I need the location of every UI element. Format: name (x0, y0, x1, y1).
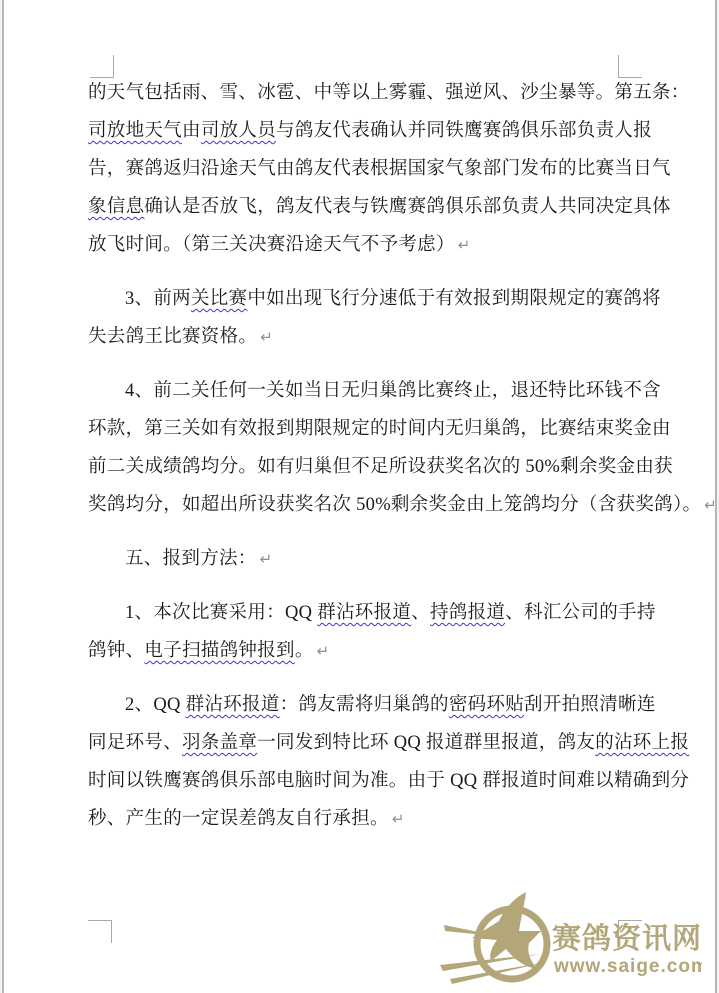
watermark-site-url: www.saige.com (553, 956, 702, 977)
text-run: 中如出现飞行分速低于有效报到期限规定的赛鸽将 (247, 289, 661, 309)
crop-mark-bottom-left (88, 920, 112, 943)
text-run: 五、报到方法： (125, 549, 257, 569)
text-line: 4、前二关任何一关如当日无归巢鸽比赛终止，退还特比环钱不含 (88, 372, 650, 410)
spellcheck-flagged-text: 司放地天气 (88, 121, 182, 141)
text-run: 2、QQ (125, 695, 186, 715)
paragraph-mark-icon: ↵ (704, 496, 717, 514)
spellcheck-flagged-text: 司放人员 (201, 121, 276, 141)
text-run: 秒、产生的一定误差鸽友自行承担。 (88, 809, 389, 829)
text-run: 、科汇公司的手持 (505, 603, 655, 623)
paragraph-mark-icon: ↵ (260, 550, 273, 568)
spellcheck-flagged-text: 的沾环上报 (595, 733, 689, 753)
text-run: 刮开拍照清晰连 (524, 695, 656, 715)
text-run: 、 (411, 603, 430, 623)
spellcheck-flagged-text: 关比赛 (191, 289, 247, 309)
text-run: 同足环号、 (88, 733, 182, 753)
paragraph-mark-icon: ↵ (317, 642, 330, 660)
spellcheck-flagged-text: 象信息 (88, 197, 144, 217)
text-run: 告，赛鸽返归沿途天气由鸽友代表根据国家气象部门发布的比赛当日气 (88, 159, 671, 179)
text-line: 秒、产生的一定误差鸽友自行承担。↵ (88, 800, 650, 838)
text-run: 4、前二关任何一关如当日无归巢鸽比赛终止，退还特比环钱不含 (125, 381, 661, 401)
text-line: 五、报到方法：↵ (88, 540, 650, 578)
spellcheck-flagged-text: 密码环贴 (449, 695, 524, 715)
text-line: 时间以铁鹰赛鸽俱乐部电脑时间为准。由于 QQ 群报道时间难以精确到分 (88, 762, 650, 800)
text-line: 鸽钟、电子扫描鸽钟报到。↵ (88, 632, 650, 670)
text-run: 环款，第三关如有效报到期限规定的时间内无归巢鸽，比赛结束奖金由 (88, 419, 671, 439)
paragraph-mark-icon: ↵ (260, 328, 273, 346)
text-run: 的天气包括雨、雪、冰雹、中等以上雾霾、强逆风、沙尘暴等。第五条： (88, 83, 690, 103)
paragraph-mark-icon: ↵ (458, 236, 471, 254)
spellcheck-flagged-text: 群沾环报道 (186, 695, 280, 715)
text-run: 一同发到特比环 QQ 报道群里报道，鸽友 (257, 733, 595, 753)
text-line: 1、本次比赛采用：QQ 群沾环报道、持鸽报道、科汇公司的手持 (88, 594, 650, 632)
text-run: 1、本次比赛采用：QQ (125, 603, 317, 623)
text-run: 放飞时间。（第三关决赛沿途天气不予考虑） (88, 235, 455, 255)
text-line: 的天气包括雨、雪、冰雹、中等以上雾霾、强逆风、沙尘暴等。第五条： (88, 74, 650, 112)
text-line: 3、前两关比赛中如出现飞行分速低于有效报到期限规定的赛鸽将 (88, 280, 650, 318)
text-line: 告，赛鸽返归沿途天气由鸽友代表根据国家气象部门发布的比赛当日气 (88, 150, 650, 188)
text-run: 3、前两 (125, 289, 191, 309)
spellcheck-flagged-text: 电子扫描鸽钟报到 (144, 641, 294, 661)
text-run: 鸽钟、 (88, 641, 144, 661)
spellcheck-flagged-text: 群沾环报道 (317, 603, 411, 623)
text-run: 失去鸽王比赛资格。 (88, 327, 257, 347)
text-run: 时间以铁鹰赛鸽俱乐部电脑时间为准。由于 QQ 群报道时间难以精确到分 (88, 771, 689, 791)
text-run: ：鸽友需将归巢鸽的 (280, 695, 449, 715)
text-line: 失去鸽王比赛资格。↵ (88, 318, 650, 356)
text-run: 与鸽友代表确认并同铁鹰赛鸽俱乐部负责人报 (276, 121, 652, 141)
text-run: 前二关成绩鸽均分。如有归巢但不足所设获奖名次的 50%剩余奖金由获 (88, 457, 673, 477)
text-line: 奖鸽均分，如超出所设获奖名次 50%剩余奖金由上笼鸽均分（含获奖鸽）。↵ (88, 486, 650, 524)
paragraph-mark-icon: ↵ (392, 810, 405, 828)
text-line: 司放地天气由司放人员与鸽友代表确认并同铁鹰赛鸽俱乐部负责人报 (88, 112, 650, 150)
text-run: 奖鸽均分，如超出所设获奖名次 50%剩余奖金由上笼鸽均分（含获奖鸽）。 (88, 495, 701, 515)
spellcheck-flagged-text: 持鸽报道 (430, 603, 505, 623)
text-line: 2、QQ 群沾环报道：鸽友需将归巢鸽的密码环贴刮开拍照清晰连 (88, 686, 650, 724)
saige-watermark: 赛鸽资讯网 www.saige.com (440, 890, 702, 990)
watermark-site-name: 赛鸽资讯网 (552, 921, 702, 955)
text-run: 确认是否放飞，鸽友代表与铁鹰赛鸽俱乐部负责人共同决定具体 (144, 197, 670, 217)
text-line: 前二关成绩鸽均分。如有归巢但不足所设获奖名次的 50%剩余奖金由获 (88, 448, 650, 486)
spellcheck-flagged-text: 羽条盖章 (182, 733, 257, 753)
text-line: 象信息确认是否放飞，鸽友代表与铁鹰赛鸽俱乐部负责人共同决定具体 (88, 188, 650, 226)
text-run: 由 (182, 121, 201, 141)
document-body-text: 的天气包括雨、雪、冰雹、中等以上雾霾、强逆风、沙尘暴等。第五条：司放地天气由司放… (88, 74, 650, 838)
text-run: 。 (295, 641, 314, 661)
text-line: 同足环号、羽条盖章一同发到特比环 QQ 报道群里报道，鸽友的沾环上报 (88, 724, 650, 762)
text-line: 环款，第三关如有效报到期限规定的时间内无归巢鸽，比赛结束奖金由 (88, 410, 650, 448)
text-line: 放飞时间。（第三关决赛沿途天气不予考虑）↵ (88, 226, 650, 264)
document-page: 的天气包括雨、雪、冰雹、中等以上雾霾、强逆风、沙尘暴等。第五条：司放地天气由司放… (2, 0, 717, 993)
